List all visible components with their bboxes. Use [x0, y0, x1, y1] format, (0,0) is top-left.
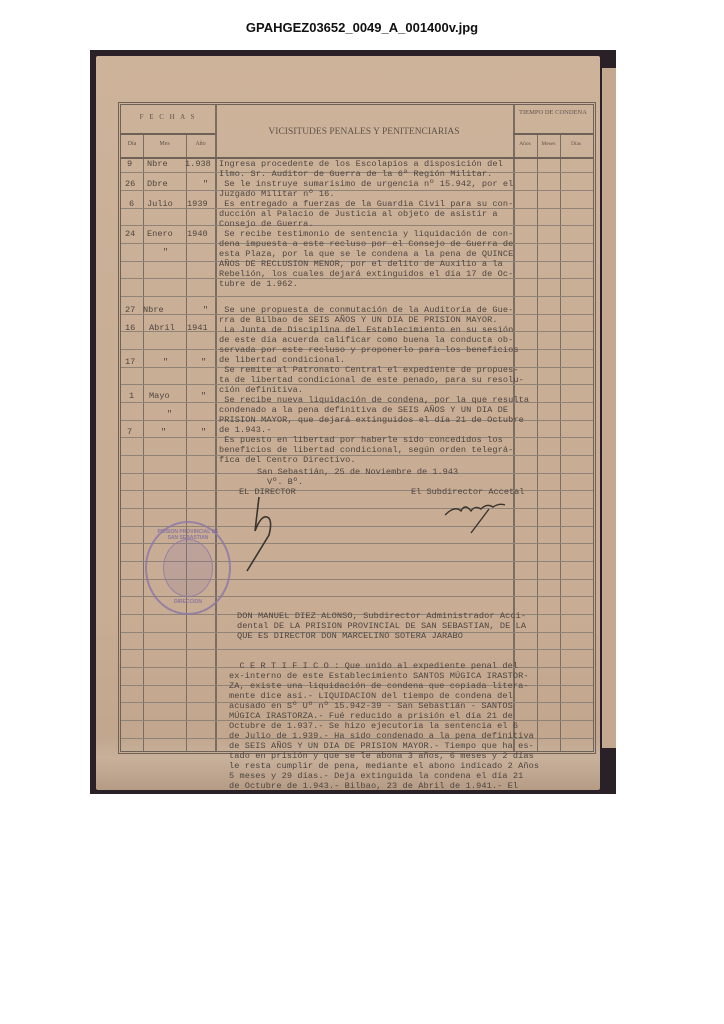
cert-intro-line: dental DE LA PRISION PROVINCIAL DE SAN S…	[237, 621, 526, 631]
entry-line: servada por este recluso y proponerlo pa…	[219, 345, 519, 355]
entry-line: de libertad condicional.	[219, 355, 345, 365]
next-page-edge	[602, 68, 616, 748]
place-date: San Sebastián, 25 de Noviembre de 1.943	[257, 467, 458, 477]
cert-line: le resta cumplir de pena, mediante el ab…	[229, 761, 539, 771]
entry-line: Es entregado a fuerzas de la Guardia Civ…	[219, 199, 513, 209]
entry-line: PRISION MAYOR, que dejará extinguidos el…	[219, 415, 524, 425]
entry-line: Se remite al Patronato Central el expedi…	[219, 365, 519, 375]
col-divider	[537, 135, 538, 751]
col-divider	[215, 105, 217, 751]
entry-line: Se le instruye sumarísimo de urgencia nº…	[219, 179, 513, 189]
entry-line: de 1.943.-	[219, 425, 272, 435]
entry-line: Rebelión, los cuales dejará extinguidos …	[219, 269, 513, 279]
file-title: GPAHGEZ03652_0049_A_001400v.jpg	[0, 20, 724, 35]
stamp-bottom-text: DIRECCION	[165, 599, 211, 605]
cert-line: Octubre de 1.937.- Se hizo ejecutoria la…	[229, 721, 518, 731]
header-fechas: F E C H A S	[121, 113, 215, 121]
entry-line: Se une propuesta de conmutación de la Au…	[219, 305, 513, 315]
entry-line: Se recibe testimonio de sentencia y liqu…	[219, 229, 513, 239]
form-header: F E C H A S Día Mes Año VICISITUDES PENA…	[121, 105, 593, 159]
scanned-document: F E C H A S Día Mes Año VICISITUDES PENA…	[90, 50, 616, 794]
cert-line: de SEIS AÑOS Y UN DIA DE PRISION MAYOR.-…	[229, 741, 534, 751]
director-signature-icon	[241, 495, 291, 575]
entry-line: Ingresa procedente de los Escolapios a d…	[219, 159, 503, 169]
entry-line: Se recibe nueva liquidación de condena, …	[219, 395, 529, 405]
entry-line: rra de Bilbao de SEIS AÑOS Y UN DIA DE P…	[219, 315, 498, 325]
header-mes: Mes	[143, 141, 186, 147]
header-ano: Año	[186, 141, 215, 147]
entry-line: Es puesto en libertad por haberle sido c…	[219, 435, 503, 445]
col-divider	[143, 135, 144, 751]
header-vicisitudes: VICISITUDES PENALES Y PENITENCIARIAS	[215, 127, 513, 137]
header-dia: Día	[121, 141, 143, 147]
entry-line: Consejo de Guerra.	[219, 219, 314, 229]
cert-intro-line: DON MANUEL DIEZ ALONSO, Subdirector Admi…	[237, 611, 526, 621]
cert-line: mente dice así.- LIQUIDACION del tiempo …	[229, 691, 513, 701]
entry-line: Ilmo. Sr. Auditor de Guerra de la 6ª Reg…	[219, 169, 492, 179]
paper-sheet: F E C H A S Día Mes Año VICISITUDES PENA…	[96, 56, 600, 790]
header-anos: Años	[513, 141, 537, 147]
prison-stamp-icon: PRISION PROVINCIAL DE SAN SEBASTIAN DIRE…	[145, 521, 231, 615]
subdirector-label: El Subdirector Accetal	[411, 487, 524, 497]
entry-line: ta de libertad condicional de este penad…	[219, 375, 524, 385]
col-divider	[560, 135, 561, 751]
header-dias: Días	[560, 141, 592, 147]
entry-line: La Junta de Disciplina del Establecimien…	[219, 325, 513, 335]
header-meses: Meses	[537, 141, 560, 147]
entry-line: de este día acuerda calificar como buena…	[219, 335, 513, 345]
cert-line: tado en prisión y que se le abona 3 años…	[229, 751, 534, 761]
penal-record-form: F E C H A S Día Mes Año VICISITUDES PENA…	[118, 102, 596, 754]
cert-line: acusado en Sº Uº nº 15.942-39 - San Seba…	[229, 701, 513, 711]
cert-line: MÚGICA IRASTORZA.- Fué reducido a prisió…	[229, 711, 513, 721]
entry-line: tubre de 1.962.	[219, 279, 298, 289]
cert-line: 5 meses y 29 días.- Deja extinguida la c…	[229, 771, 523, 781]
cert-line: ex-interno de este Establecimiento SANTO…	[229, 671, 529, 681]
cert-intro-line: QUE ES DIRECTOR DON MARCELINO SOTERA JAR…	[237, 631, 463, 641]
cert-line: de Octubre de 1.943.- Bilbao, 23 de Abri…	[229, 781, 518, 791]
col-divider	[186, 135, 187, 751]
entry-line: beneficios de libertad condicional, segú…	[219, 445, 513, 455]
header-tiempo-condena: TIEMPO DE CONDENA	[517, 109, 589, 117]
subdirector-signature-icon	[441, 499, 511, 539]
cert-line: de Julio de 1.939.- Ha sido condenado a …	[229, 731, 534, 741]
entry-line: Juzgado Militar nº 16.	[219, 189, 335, 199]
cert-line: C E R T I F I C O : Que unido al expedie…	[229, 661, 518, 671]
stamp-top-text: PRISION PROVINCIAL DE SAN SEBASTIAN	[157, 529, 219, 541]
entry-line: fica del Centro Directivo.	[219, 455, 356, 465]
entry-line: ducción al Palacio de Justicia al objeto…	[219, 209, 498, 219]
cert-line: ZA, existe una liquidación de condena qu…	[229, 681, 529, 691]
entry-line: dena impuesta a este recluso por el Cons…	[219, 239, 513, 249]
entry-line: AÑOS DE RECLUSION MENOR, por el delito d…	[219, 259, 503, 269]
entry-line: ción definitiva.	[219, 385, 303, 395]
entry-line: condenado a la pena definitiva de SEIS A…	[219, 405, 508, 415]
entry-line: esta Plaza, por la que se le condena a l…	[219, 249, 513, 259]
vo-bo: Vº. Bº.	[267, 477, 303, 487]
